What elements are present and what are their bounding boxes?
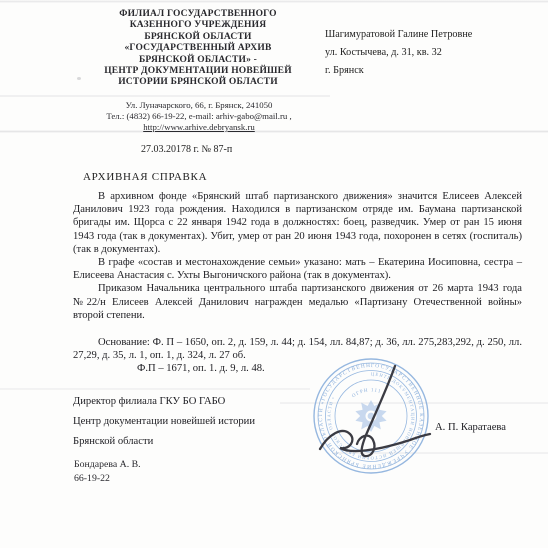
address-line: Тел.: (4832) 66-19-22, e-mail: arhiv-gab…: [58, 111, 340, 122]
executor-block: Бондарева А. В. 66-19-22: [74, 458, 141, 485]
org-line: ИСТОРИИ БРЯНСКОЙ ОБЛАСТИ: [70, 77, 326, 88]
document-title: АРХИВНАЯ СПРАВКА: [83, 171, 207, 183]
scan-crease: [0, 0, 548, 3]
org-line: ЦЕНТР ДОКУМЕНТАЦИИ НОВЕЙШЕЙ: [70, 66, 326, 77]
letterhead-org-name: ФИЛИАЛ ГОСУДАРСТВЕННОГО КАЗЕННОГО УЧРЕЖД…: [70, 9, 326, 89]
signer-position-line: Брянской области: [73, 432, 255, 452]
scan-crease: [0, 388, 310, 390]
scanned-document-page: ФИЛИАЛ ГОСУДАРСТВЕННОГО КАЗЕННОГО УЧРЕЖД…: [0, 0, 548, 548]
org-line: БРЯНСКОЙ ОБЛАСТИ: [70, 32, 326, 43]
body-paragraph: В графе «состав и местонахождение семьи»…: [73, 256, 522, 282]
executor-name: Бондарева А. В.: [74, 458, 141, 472]
signer-position-line: Центр документации новейшей истории: [73, 412, 255, 432]
signer-position-line: Директор филиала ГКУ БО ГАБО: [73, 392, 255, 412]
website-text: http://www.arhive.debryansk.ru: [58, 122, 340, 133]
org-line: ФИЛИАЛ ГОСУДАРСТВЕННОГО: [70, 9, 326, 20]
letterhead-address: Ул. Луначарского, 66, г. Брянск, 241050 …: [58, 100, 340, 132]
recipient-city: г. Брянск: [325, 62, 472, 80]
scan-crease: [0, 95, 330, 97]
org-line: КАЗЕННОГО УЧРЕЖДЕНИЯ: [70, 20, 326, 31]
date-and-ref-number: 27.03.20178 г. № 87-п: [141, 144, 232, 155]
signature-ink-icon: [298, 356, 448, 466]
recipient-block: Шагимуратовой Галине Петровне ул. Костыч…: [325, 26, 472, 81]
body-paragraph: Приказом Начальника центрального штаба п…: [73, 282, 522, 322]
org-line: БРЯНСКОЙ ОБЛАСТИ» -: [70, 55, 326, 66]
document-body: В архивном фонде «Брянский штаб партизан…: [73, 190, 522, 322]
signature-title-block: Директор филиала ГКУ БО ГАБО Центр докум…: [73, 392, 255, 452]
executor-phone: 66-19-22: [74, 472, 141, 486]
handwritten-signature: [298, 356, 448, 466]
recipient-street: ул. Костычева, д. 31, кв. 32: [325, 44, 472, 62]
address-line: Ул. Луначарского, 66, г. Брянск, 241050: [58, 100, 340, 111]
body-paragraph: В архивном фонде «Брянский штаб партизан…: [73, 190, 522, 256]
org-line: «ГОСУДАРСТВЕННЫЙ АРХИВ: [70, 43, 326, 54]
recipient-name: Шагимуратовой Галине Петровне: [325, 26, 472, 44]
